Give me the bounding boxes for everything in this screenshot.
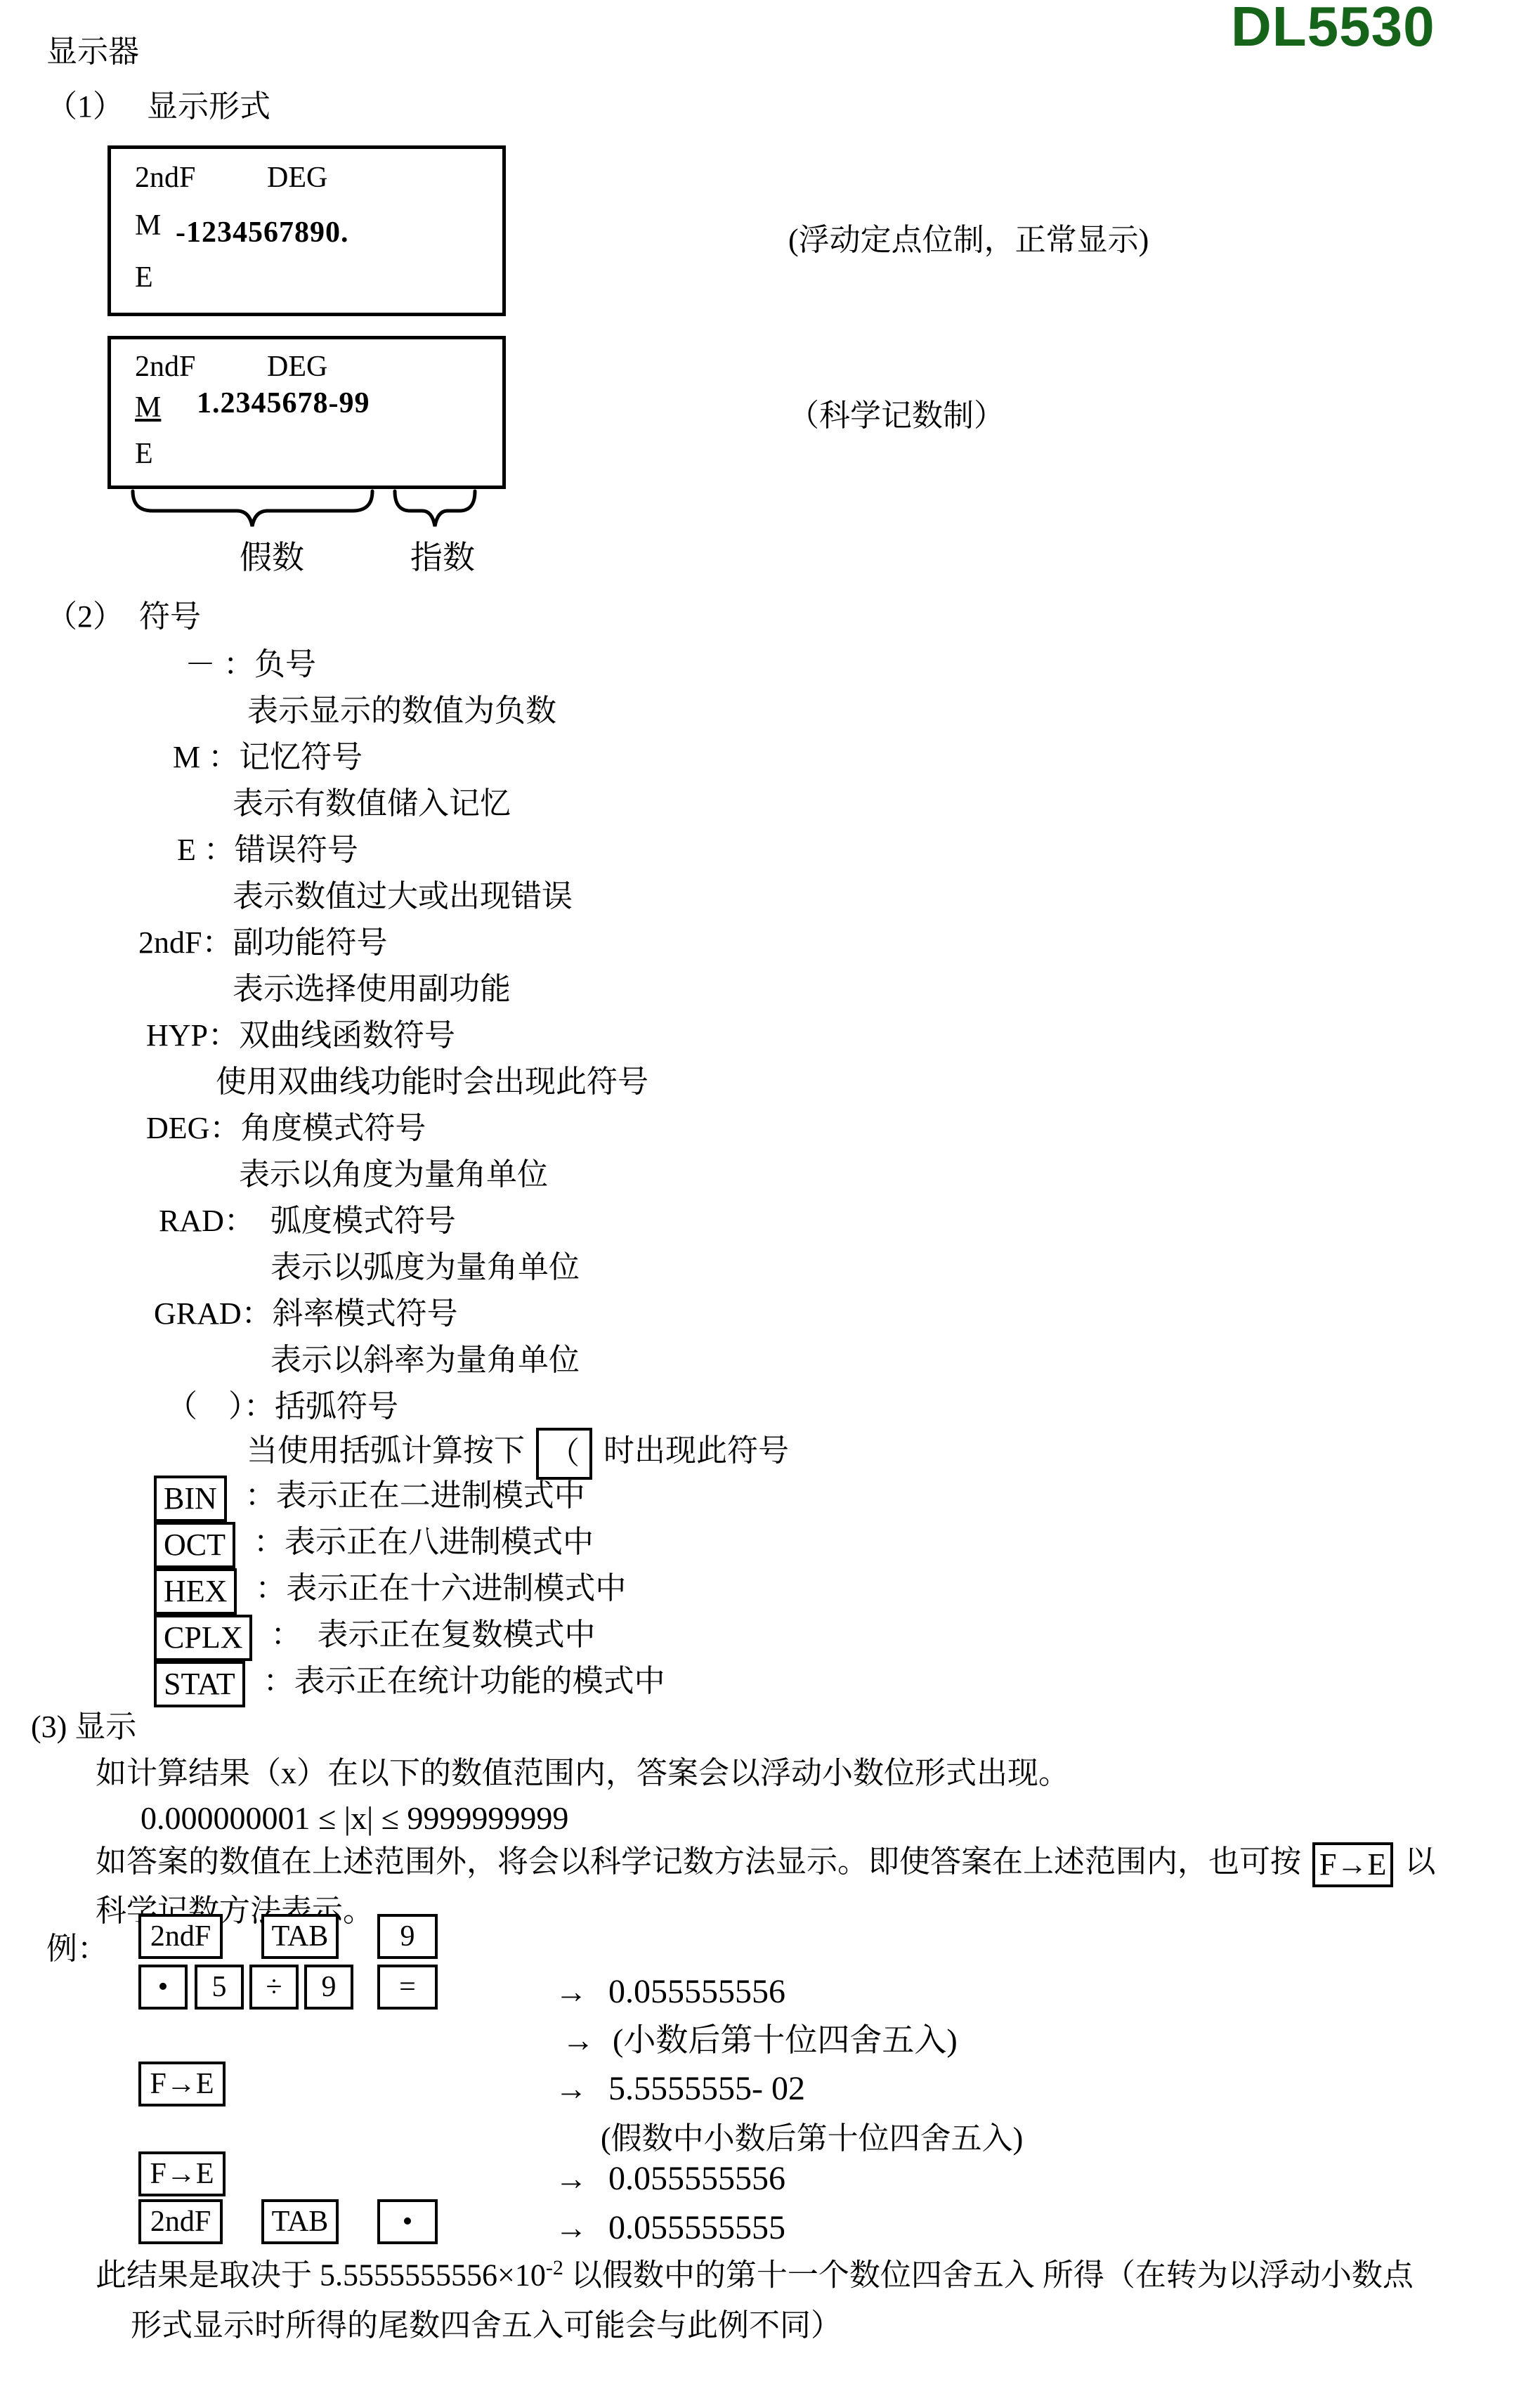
symbol-grad-desc: 表示以斜率为量角单位 — [270, 1342, 580, 1379]
key-f-to-e: F→E — [138, 2062, 226, 2106]
symbol-bin-line: BIN：表示正在二进制模式中 — [154, 1476, 585, 1522]
bin-desc: ：表示正在二进制模式中 — [245, 1478, 585, 1513]
symbol-error-term: E ：错误符号 — [177, 832, 358, 869]
exponent-label: 指数 — [410, 538, 475, 577]
key-decimal-point: • — [138, 1965, 188, 2010]
arrow-icon: → — [555, 2069, 587, 2108]
f-to-e-key: F→E — [1312, 1842, 1393, 1887]
symbol-hyp-term: HYP：双曲线函数符号 — [146, 1017, 455, 1055]
brand-logo: DL5530 — [1231, 0, 1435, 59]
key-9: 9 — [377, 1914, 438, 1959]
result-line-4: →0.055555555 — [555, 2208, 785, 2248]
symbol-hyp-desc: 使用双曲线功能时会出现此符号 — [216, 1064, 648, 1101]
symbol-stat-line: STAT：表示正在统计功能的模式中 — [154, 1661, 665, 1707]
result-line-3: →0.055555556 — [555, 2158, 785, 2199]
indicator-error: E — [135, 260, 153, 295]
section2-heading: （2） 符号 — [46, 599, 201, 636]
lcd-display-scientific: 2ndF DEG M 1.2345678-99 E — [107, 336, 506, 489]
rules-line2-before: 如答案的数值在上述范围外，将会以科学记数方法显示。即使答案在上述范围内，也可按 — [96, 1844, 1301, 1879]
key-2ndf: 2ndF — [138, 1914, 223, 1959]
final-1-exponent: -2 — [546, 2256, 563, 2279]
symbol-error-desc: 表示数值过大或出现错误 — [233, 878, 573, 916]
section1-heading: （1） 显示形式 — [46, 89, 270, 126]
arrow-icon: → — [562, 2021, 594, 2059]
oct-desc: ：表示正在八进制模式中 — [254, 1525, 594, 1559]
section3-heading: (3) 显示 — [31, 1709, 136, 1746]
exponent-brace — [393, 490, 476, 530]
indicator-2ndf: 2ndF — [135, 160, 195, 195]
cplx-desc: ： 表示正在复数模式中 — [270, 1617, 595, 1652]
result-line-1: →0.055555556 — [555, 1972, 785, 2012]
indicator-2ndf: 2ndF — [135, 349, 195, 384]
result-value-2: 5.5555555- 02 — [608, 2070, 805, 2107]
arrow-icon: → — [555, 1972, 587, 2011]
arrow-icon: → — [555, 2208, 587, 2247]
symbol-negative-desc: 表示显示的数值为负数 — [247, 693, 556, 730]
symbol-paren-term: （ ）：括弧符号 — [167, 1388, 398, 1426]
symbol-cplx-line: CPLX： 表示正在复数模式中 — [154, 1615, 595, 1661]
indicator-memory: M — [135, 208, 161, 243]
key-tab: TAB — [261, 1914, 339, 1959]
display-value-normal: -1234567890. — [176, 215, 349, 250]
symbol-negative-term: － ：负号 — [185, 646, 316, 684]
display-value-scientific: 1.2345678-99 — [197, 386, 370, 421]
symbol-2ndf-desc: 表示选择使用副功能 — [233, 971, 511, 1008]
annotation-scientific-display: （科学记数制） — [788, 398, 1005, 435]
page-title: 显示器 — [46, 34, 139, 71]
result-note-2: (假数中小数后第十位四舍五入) — [601, 2121, 1023, 2158]
symbol-hex-line: HEX：表示正在十六进制模式中 — [154, 1568, 626, 1615]
indicator-memory: M — [135, 390, 161, 425]
symbol-deg-term: DEG：角度模式符号 — [146, 1110, 426, 1147]
oct-indicator: OCT — [154, 1522, 235, 1568]
key-tab: TAB — [261, 2199, 339, 2244]
key-9: 9 — [304, 1965, 353, 2010]
arrow-icon: → — [555, 2159, 587, 2198]
rules-line1: 如计算结果（x）在以下的数值范围内，答案会以浮动小数位形式出现。 — [96, 1755, 1069, 1792]
stat-indicator: STAT — [154, 1661, 245, 1707]
final-1-before: 此结果是取决于 5.5555555556×10 — [96, 2258, 546, 2293]
result-line-2: →5.5555555- 02 — [555, 2069, 805, 2109]
manual-page: 显示器 DL5530 （1） 显示形式 2ndF DEG M -12345678… — [0, 0, 1540, 2403]
example-label: 例： — [46, 1931, 108, 1968]
key-equals: = — [377, 1965, 438, 2010]
bin-indicator: BIN — [154, 1476, 227, 1522]
paren-desc-before: 当使用括弧计算按下 — [247, 1433, 525, 1468]
mantissa-label: 假数 — [240, 538, 304, 577]
final-1-after: 以假数中的第十一个数位四舍五入 所得（在转为以浮动小数点 — [563, 2258, 1414, 2293]
key-decimal-point: • — [377, 2199, 438, 2244]
result-value-4: 0.055555555 — [608, 2209, 785, 2246]
result-value-1: 0.055555556 — [608, 1973, 785, 2010]
symbol-rad-desc: 表示以弧度为量角单位 — [270, 1249, 580, 1287]
indicator-deg: DEG — [267, 349, 327, 384]
key-2ndf: 2ndF — [138, 2199, 223, 2244]
hex-indicator: HEX — [154, 1568, 237, 1615]
indicator-error: E — [135, 436, 153, 471]
symbol-paren-desc: 当使用括弧计算按下（时出现此符号 — [247, 1428, 789, 1480]
symbol-oct-line: OCT：表示正在八进制模式中 — [154, 1522, 594, 1568]
mantissa-brace — [131, 490, 374, 530]
hex-desc: ：表示正在十六进制模式中 — [255, 1571, 626, 1606]
example-final-line-2: 形式显示时所得的尾数四舍五入可能会与此例不同） — [131, 2307, 842, 2345]
lcd-display-normal: 2ndF DEG M -1234567890. E — [107, 145, 506, 316]
key-divide: ÷ — [249, 1965, 299, 2010]
paren-desc-after: 时出现此符号 — [603, 1433, 789, 1468]
symbol-2ndf-term: 2ndF：副功能符号 — [138, 925, 387, 962]
stat-desc: ：表示正在统计功能的模式中 — [263, 1664, 665, 1698]
symbol-rad-term: RAD： 弧度模式符号 — [159, 1203, 456, 1240]
open-paren-key: （ — [536, 1428, 592, 1480]
cplx-indicator: CPLX — [154, 1615, 252, 1661]
symbol-grad-term: GRAD：斜率模式符号 — [154, 1296, 458, 1333]
result-note-1: →(小数后第十位四舍五入) — [562, 2021, 958, 2059]
rules-line2: 如答案的数值在上述范围外，将会以科学记数方法显示。即使答案在上述范围内，也可按F… — [96, 1842, 1435, 1887]
value-range: 0.000000001 ≤ |x| ≤ 9999999999 — [141, 1799, 568, 1837]
annotation-normal-display: (浮动定点位制，正常显示) — [788, 222, 1149, 259]
rules-line2-after: 以 — [1404, 1844, 1435, 1879]
result-value-3: 0.055555556 — [608, 2160, 785, 2197]
indicator-deg: DEG — [267, 160, 327, 195]
example-final-line-1: 此结果是取决于 5.5555555556×10-2 以假数中的第十一个数位四舍五… — [96, 2255, 1414, 2294]
symbol-memory-term: M ：记忆符号 — [173, 739, 363, 776]
key-f-to-e: F→E — [138, 2151, 226, 2196]
symbol-deg-desc: 表示以角度为量角单位 — [239, 1157, 548, 1194]
note-1-text: (小数后第十位四舍五入) — [613, 2022, 958, 2058]
symbol-memory-desc: 表示有数值储入记忆 — [233, 786, 511, 823]
key-5: 5 — [195, 1965, 244, 2010]
